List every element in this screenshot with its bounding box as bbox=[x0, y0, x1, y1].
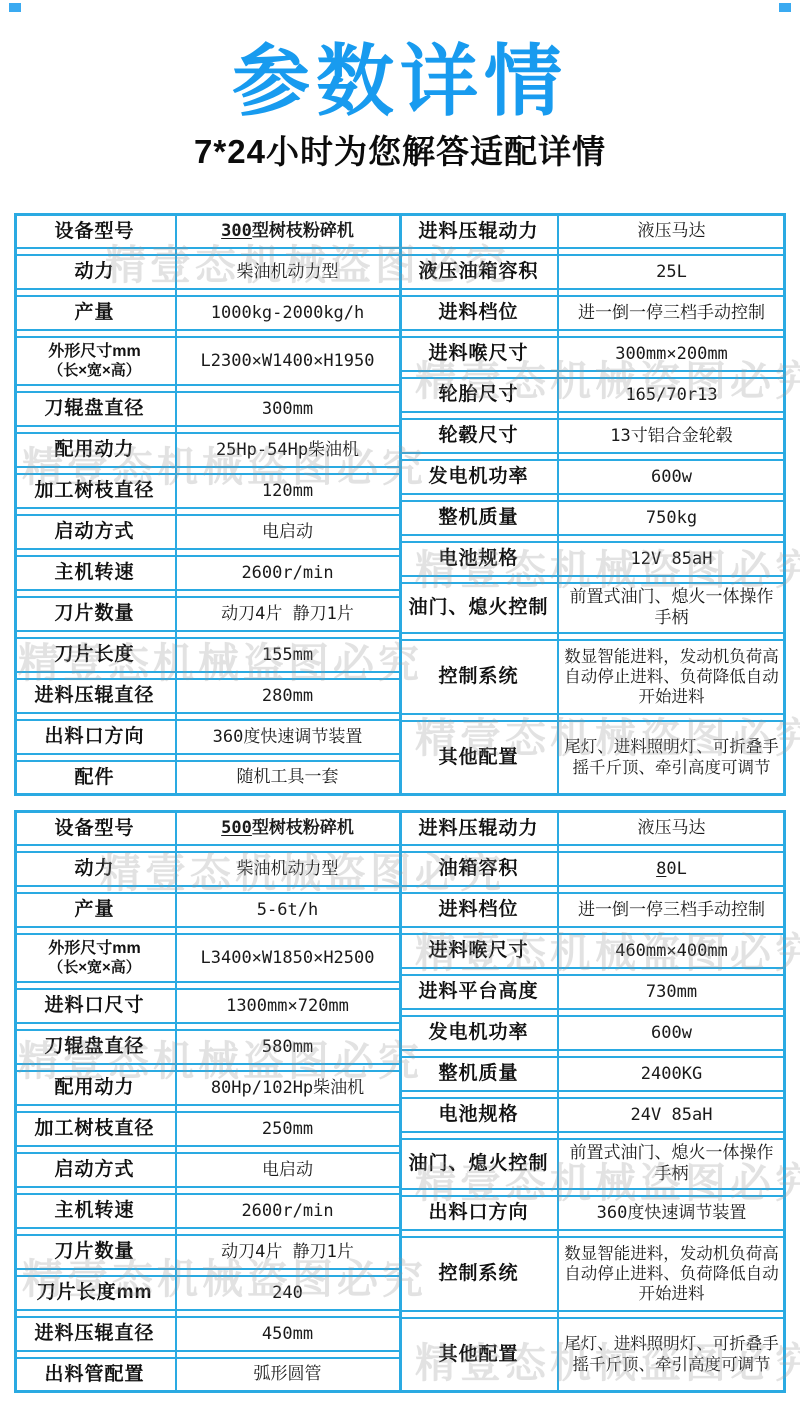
page-title: 参数详情 bbox=[0, 0, 800, 120]
spec-value: 进一倒一停三档手动控制 bbox=[557, 894, 786, 926]
spec-row: 其他配置尾灯、进料照明灯、可折叠手摇千斤顶、牵引高度可调节 bbox=[400, 1317, 786, 1393]
spec-label: 进料平台高度 bbox=[400, 976, 557, 1008]
table-half-left: 设备型号500型树枝粉碎机动力柴油机动力型产量5-6t/h外形尺寸mm（长×宽×… bbox=[14, 810, 400, 1393]
spec-row: 进料喉尺寸300mm×200mm bbox=[400, 336, 786, 372]
spec-row: 进料压辊直径280mm bbox=[14, 678, 400, 714]
corner-watermark-fragment-left bbox=[9, 3, 21, 12]
spec-row: 加工树枝直径120mm bbox=[14, 473, 400, 509]
spec-row: 其他配置尾灯、进料照明灯、可折叠手摇千斤顶、牵引高度可调节 bbox=[400, 720, 786, 796]
spec-label: 加工树枝直径 bbox=[14, 475, 175, 507]
spec-value: 25Hp-54Hp柴油机 bbox=[175, 434, 400, 466]
spec-value: 360度快速调节装置 bbox=[557, 1197, 786, 1229]
table-vertical-line bbox=[557, 810, 559, 1393]
spec-label: 控制系统 bbox=[400, 641, 557, 713]
spec-row: 配件随机工具一套 bbox=[14, 760, 400, 796]
spec-value: 动刀4片 静刀1片 bbox=[175, 598, 400, 630]
spec-label: 轮胎尺寸 bbox=[400, 379, 557, 411]
spec-row: 油箱容积80L bbox=[400, 851, 786, 887]
spec-label: 动力 bbox=[14, 853, 175, 885]
spec-row: 发电机功率600w bbox=[400, 1015, 786, 1051]
spec-value: 580mm bbox=[175, 1031, 400, 1063]
spec-row: 配用动力80Hp/102Hp柴油机 bbox=[14, 1070, 400, 1106]
spec-label: 外形尺寸mm（长×宽×高） bbox=[14, 338, 175, 384]
spec-label: 配用动力 bbox=[14, 1072, 175, 1104]
spec-row: 加工树枝直径250mm bbox=[14, 1111, 400, 1147]
table-vertical-line bbox=[399, 213, 402, 796]
spec-label: 外形尺寸mm（长×宽×高） bbox=[14, 935, 175, 981]
spec-row: 刀片长度mm240 bbox=[14, 1275, 400, 1311]
spec-label: 进料档位 bbox=[400, 297, 557, 329]
table-vertical-line bbox=[14, 810, 17, 1393]
table-vertical-line bbox=[783, 213, 786, 796]
spec-label: 产量 bbox=[14, 297, 175, 329]
table-half-right: 进料压辊动力液压马达油箱容积80L进料档位进一倒一停三档手动控制进料喉尺寸460… bbox=[400, 810, 786, 1393]
spec-label: 油门、熄火控制 bbox=[400, 1140, 557, 1188]
spec-label: 主机转速 bbox=[14, 1195, 175, 1227]
spec-label: 刀片数量 bbox=[14, 1236, 175, 1268]
spec-value: 液压马达 bbox=[557, 813, 786, 844]
spec-label: 其他配置 bbox=[400, 722, 557, 793]
spec-value: 460mm×400mm bbox=[557, 935, 786, 967]
spec-value: 25L bbox=[557, 256, 786, 288]
spec-row: 设备型号300型树枝粉碎机 bbox=[14, 213, 400, 249]
spec-value: 电启动 bbox=[175, 1154, 400, 1186]
spec-row: 出料口方向360度快速调节装置 bbox=[14, 719, 400, 755]
spec-label: 油门、熄火控制 bbox=[400, 584, 557, 632]
spec-label: 启动方式 bbox=[14, 1154, 175, 1186]
spec-label: 配用动力 bbox=[14, 434, 175, 466]
spec-value: 300型树枝粉碎机 bbox=[175, 216, 400, 247]
spec-value: 电启动 bbox=[175, 516, 400, 548]
spec-row: 进料压辊直径450mm bbox=[14, 1316, 400, 1352]
spec-row: 液压油箱容积25L bbox=[400, 254, 786, 290]
spec-label: 进料档位 bbox=[400, 894, 557, 926]
table-vertical-line bbox=[783, 810, 786, 1393]
spec-row: 整机质量2400KG bbox=[400, 1056, 786, 1092]
spec-row: 轮胎尺寸165/70r13 bbox=[400, 377, 786, 413]
spec-value: 2600r/min bbox=[175, 1195, 400, 1227]
spec-label: 其他配置 bbox=[400, 1319, 557, 1390]
spec-table-500: 设备型号500型树枝粉碎机动力柴油机动力型产量5-6t/h外形尺寸mm（长×宽×… bbox=[14, 810, 786, 1393]
spec-row: 主机转速2600r/min bbox=[14, 1193, 400, 1229]
spec-value: 1000kg-2000kg/h bbox=[175, 297, 400, 329]
spec-row: 刀片数量动刀4片 静刀1片 bbox=[14, 596, 400, 632]
spec-label: 整机质量 bbox=[400, 1058, 557, 1090]
spec-label: 产量 bbox=[14, 894, 175, 926]
spec-value: 165/70r13 bbox=[557, 379, 786, 411]
spec-label: 控制系统 bbox=[400, 1238, 557, 1310]
spec-label: 发电机功率 bbox=[400, 461, 557, 493]
spec-value: 80L bbox=[557, 853, 786, 885]
spec-label: 进料压辊直径 bbox=[14, 680, 175, 712]
spec-value: 柴油机动力型 bbox=[175, 256, 400, 288]
spec-row: 进料压辊动力液压马达 bbox=[400, 213, 786, 249]
spec-row: 产量1000kg-2000kg/h bbox=[14, 295, 400, 331]
spec-value: 2400KG bbox=[557, 1058, 786, 1090]
spec-value: 2600r/min bbox=[175, 557, 400, 589]
spec-label: 出料口方向 bbox=[14, 721, 175, 753]
spec-row: 启动方式电启动 bbox=[14, 514, 400, 550]
spec-label: 启动方式 bbox=[14, 516, 175, 548]
spec-label: 进料压辊动力 bbox=[400, 813, 557, 844]
spec-label: 液压油箱容积 bbox=[400, 256, 557, 288]
spec-value: 750kg bbox=[557, 502, 786, 534]
spec-label: 电池规格 bbox=[400, 543, 557, 575]
spec-value: L2300×W1400×H1950 bbox=[175, 338, 400, 384]
spec-label: 油箱容积 bbox=[400, 853, 557, 885]
spec-value: 进一倒一停三档手动控制 bbox=[557, 297, 786, 329]
spec-row: 整机质量750kg bbox=[400, 500, 786, 536]
spec-row: 配用动力25Hp-54Hp柴油机 bbox=[14, 432, 400, 468]
spec-row: 控制系统数显智能进料，发动机负荷高自动停止进料、负荷降低自动开始进料 bbox=[400, 639, 786, 715]
spec-row: 进料档位进一倒一停三档手动控制 bbox=[400, 295, 786, 331]
spec-row: 进料喉尺寸460mm×400mm bbox=[400, 933, 786, 969]
spec-label: 出料口方向 bbox=[400, 1197, 557, 1229]
spec-value: 前置式油门、熄火一体操作手柄 bbox=[557, 584, 786, 632]
spec-label: 电池规格 bbox=[400, 1099, 557, 1131]
spec-row: 油门、熄火控制前置式油门、熄火一体操作手柄 bbox=[400, 1138, 786, 1190]
spec-value: 120mm bbox=[175, 475, 400, 507]
spec-label: 刀片长度 bbox=[14, 639, 175, 671]
spec-value: 前置式油门、熄火一体操作手柄 bbox=[557, 1140, 786, 1188]
spec-row: 动力柴油机动力型 bbox=[14, 254, 400, 290]
spec-value: 柴油机动力型 bbox=[175, 853, 400, 885]
table-vertical-line bbox=[175, 213, 177, 796]
spec-table-300: 设备型号300型树枝粉碎机动力柴油机动力型产量1000kg-2000kg/h外形… bbox=[14, 213, 786, 796]
spec-label: 进料喉尺寸 bbox=[400, 338, 557, 370]
spec-row: 进料平台高度730mm bbox=[400, 974, 786, 1010]
spec-value: 13寸铝合金轮毂 bbox=[557, 420, 786, 452]
spec-row: 出料口方向360度快速调节装置 bbox=[400, 1195, 786, 1231]
spec-label: 进料口尺寸 bbox=[14, 990, 175, 1022]
spec-sheet-page: 参数详情 7*24小时为您解答适配详情 设备型号300型树枝粉碎机动力柴油机动力… bbox=[0, 0, 800, 1418]
spec-label: 进料压辊动力 bbox=[400, 216, 557, 247]
spec-row: 电池规格12V 85aH bbox=[400, 541, 786, 577]
spec-value: 280mm bbox=[175, 680, 400, 712]
spec-row: 刀片数量动刀4片 静刀1片 bbox=[14, 1234, 400, 1270]
spec-row: 设备型号500型树枝粉碎机 bbox=[14, 810, 400, 846]
spec-value: 600w bbox=[557, 1017, 786, 1049]
spec-row: 刀辊盘直径300mm bbox=[14, 391, 400, 427]
spec-row: 出料管配置弧形圆管 bbox=[14, 1357, 400, 1393]
spec-value: 尾灯、进料照明灯、可折叠手摇千斤顶、牵引高度可调节 bbox=[557, 1319, 786, 1390]
spec-value: 24V 85aH bbox=[557, 1099, 786, 1131]
spec-row: 启动方式电启动 bbox=[14, 1152, 400, 1188]
spec-row: 动力柴油机动力型 bbox=[14, 851, 400, 887]
spec-label: 整机质量 bbox=[400, 502, 557, 534]
spec-value: 1300mm×720mm bbox=[175, 990, 400, 1022]
spec-row: 刀片长度155mm bbox=[14, 637, 400, 673]
spec-value: 数显智能进料，发动机负荷高自动停止进料、负荷降低自动开始进料 bbox=[557, 641, 786, 713]
spec-label: 刀片数量 bbox=[14, 598, 175, 630]
spec-value: 液压马达 bbox=[557, 216, 786, 247]
spec-value: 300mm×200mm bbox=[557, 338, 786, 370]
spec-label: 加工树枝直径 bbox=[14, 1113, 175, 1145]
spec-value: 450mm bbox=[175, 1318, 400, 1350]
spec-row: 进料口尺寸1300mm×720mm bbox=[14, 988, 400, 1024]
spec-value: 240 bbox=[175, 1277, 400, 1309]
spec-row: 发电机功率600w bbox=[400, 459, 786, 495]
spec-value: 数显智能进料，发动机负荷高自动停止进料、负荷降低自动开始进料 bbox=[557, 1238, 786, 1310]
spec-value: 730mm bbox=[557, 976, 786, 1008]
spec-value: 250mm bbox=[175, 1113, 400, 1145]
spec-value: 80Hp/102Hp柴油机 bbox=[175, 1072, 400, 1104]
spec-label: 进料喉尺寸 bbox=[400, 935, 557, 967]
spec-label: 轮毂尺寸 bbox=[400, 420, 557, 452]
spec-row: 刀辊盘直径580mm bbox=[14, 1029, 400, 1065]
spec-value: 300mm bbox=[175, 393, 400, 425]
spec-label: 动力 bbox=[14, 256, 175, 288]
spec-row: 主机转速2600r/min bbox=[14, 555, 400, 591]
spec-value: 155mm bbox=[175, 639, 400, 671]
spec-value: 随机工具一套 bbox=[175, 762, 400, 793]
table-half-right: 进料压辊动力液压马达液压油箱容积25L进料档位进一倒一停三档手动控制进料喉尺寸3… bbox=[400, 213, 786, 796]
table-vertical-line bbox=[175, 810, 177, 1393]
spec-row: 外形尺寸mm（长×宽×高）L3400×W1850×H2500 bbox=[14, 933, 400, 983]
table-vertical-line bbox=[557, 213, 559, 796]
spec-label: 进料压辊直径 bbox=[14, 1318, 175, 1350]
table-vertical-line bbox=[14, 213, 17, 796]
spec-label: 刀辊盘直径 bbox=[14, 1031, 175, 1063]
spec-row: 进料压辊动力液压马达 bbox=[400, 810, 786, 846]
spec-label: 出料管配置 bbox=[14, 1359, 175, 1390]
spec-label: 设备型号 bbox=[14, 813, 175, 844]
spec-row: 电池规格24V 85aH bbox=[400, 1097, 786, 1133]
spec-value: 600w bbox=[557, 461, 786, 493]
spec-value: 尾灯、进料照明灯、可折叠手摇千斤顶、牵引高度可调节 bbox=[557, 722, 786, 793]
corner-watermark-fragment-right bbox=[779, 3, 791, 12]
spec-label: 主机转速 bbox=[14, 557, 175, 589]
spec-value: 弧形圆管 bbox=[175, 1359, 400, 1390]
table-half-left: 设备型号300型树枝粉碎机动力柴油机动力型产量1000kg-2000kg/h外形… bbox=[14, 213, 400, 796]
spec-row: 产量5-6t/h bbox=[14, 892, 400, 928]
spec-label: 配件 bbox=[14, 762, 175, 793]
spec-value: 5-6t/h bbox=[175, 894, 400, 926]
spec-label: 设备型号 bbox=[14, 216, 175, 247]
spec-row: 进料档位进一倒一停三档手动控制 bbox=[400, 892, 786, 928]
spec-label: 刀辊盘直径 bbox=[14, 393, 175, 425]
spec-label: 发电机功率 bbox=[400, 1017, 557, 1049]
table-vertical-line bbox=[399, 810, 402, 1393]
spec-value: 动刀4片 静刀1片 bbox=[175, 1236, 400, 1268]
spec-row: 控制系统数显智能进料，发动机负荷高自动停止进料、负荷降低自动开始进料 bbox=[400, 1236, 786, 1312]
spec-value: 360度快速调节装置 bbox=[175, 721, 400, 753]
spec-row: 油门、熄火控制前置式油门、熄火一体操作手柄 bbox=[400, 582, 786, 634]
spec-value: 12V 85aH bbox=[557, 543, 786, 575]
spec-label: 刀片长度mm bbox=[14, 1277, 175, 1309]
page-subtitle: 7*24小时为您解答适配详情 bbox=[0, 134, 800, 170]
spec-value: L3400×W1850×H2500 bbox=[175, 935, 400, 981]
spec-row: 外形尺寸mm（长×宽×高）L2300×W1400×H1950 bbox=[14, 336, 400, 386]
spec-row: 轮毂尺寸13寸铝合金轮毂 bbox=[400, 418, 786, 454]
spec-value: 500型树枝粉碎机 bbox=[175, 813, 400, 844]
